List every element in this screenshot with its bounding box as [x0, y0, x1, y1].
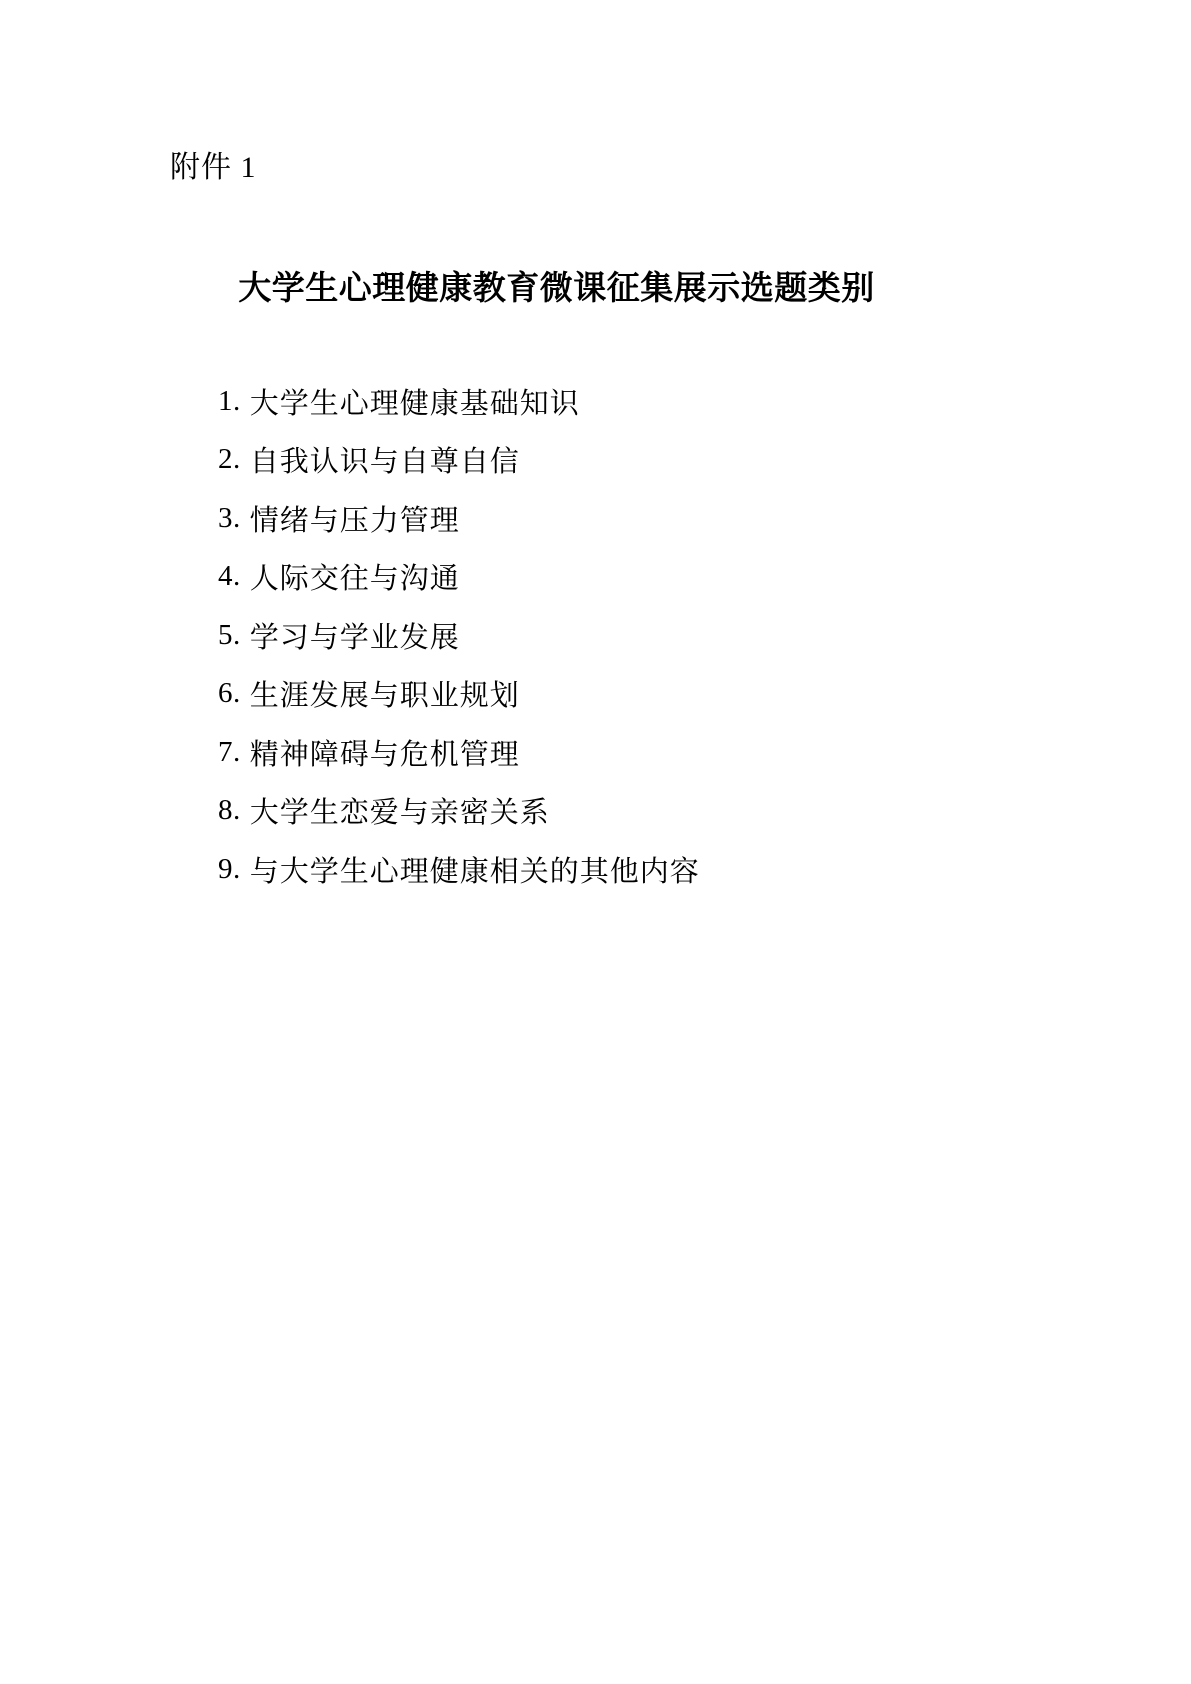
topic-list: 1. 大学生心理健康基础知识 2. 自我认识与自尊自信 3. 情绪与压力管理 4…: [218, 372, 700, 899]
list-item-number: 9.: [218, 853, 241, 886]
list-item-number: 5.: [218, 619, 241, 652]
list-item: 1. 大学生心理健康基础知识: [218, 372, 700, 431]
document-page: 附件 1 大学生心理健康教育微课征集展示选题类别 1. 大学生心理健康基础知识 …: [0, 0, 1191, 1684]
list-item: 6. 生涯发展与职业规划: [218, 665, 700, 724]
list-item-number: 8.: [218, 794, 241, 827]
list-item-text: 大学生心理健康基础知识: [250, 381, 580, 422]
list-item: 5. 学习与学业发展: [218, 606, 700, 665]
list-item-text: 自我认识与自尊自信: [250, 439, 520, 480]
list-item-number: 6.: [218, 677, 241, 710]
list-item-text: 与大学生心理健康相关的其他内容: [250, 849, 700, 890]
list-item: 3. 情绪与压力管理: [218, 489, 700, 548]
list-item-text: 人际交往与沟通: [250, 556, 460, 597]
list-item-text: 生涯发展与职业规划: [250, 673, 520, 714]
list-item-text: 精神障碍与危机管理: [250, 732, 520, 773]
list-item-number: 1.: [218, 385, 241, 418]
list-item: 7. 精神障碍与危机管理: [218, 723, 700, 782]
list-item: 2. 自我认识与自尊自信: [218, 431, 700, 490]
list-item-text: 学习与学业发展: [250, 615, 460, 656]
list-item-number: 4.: [218, 560, 241, 593]
list-item-text: 大学生恋爱与亲密关系: [250, 790, 550, 831]
list-item-number: 2.: [218, 443, 241, 476]
attachment-label: 附件 1: [170, 142, 257, 186]
list-item: 8. 大学生恋爱与亲密关系: [218, 782, 700, 841]
list-item-number: 3.: [218, 502, 241, 535]
list-item: 4. 人际交往与沟通: [218, 548, 700, 607]
list-item-number: 7.: [218, 736, 241, 769]
document-title: 大学生心理健康教育微课征集展示选题类别: [0, 262, 1113, 309]
list-item-text: 情绪与压力管理: [250, 498, 460, 539]
list-item: 9. 与大学生心理健康相关的其他内容: [218, 840, 700, 899]
